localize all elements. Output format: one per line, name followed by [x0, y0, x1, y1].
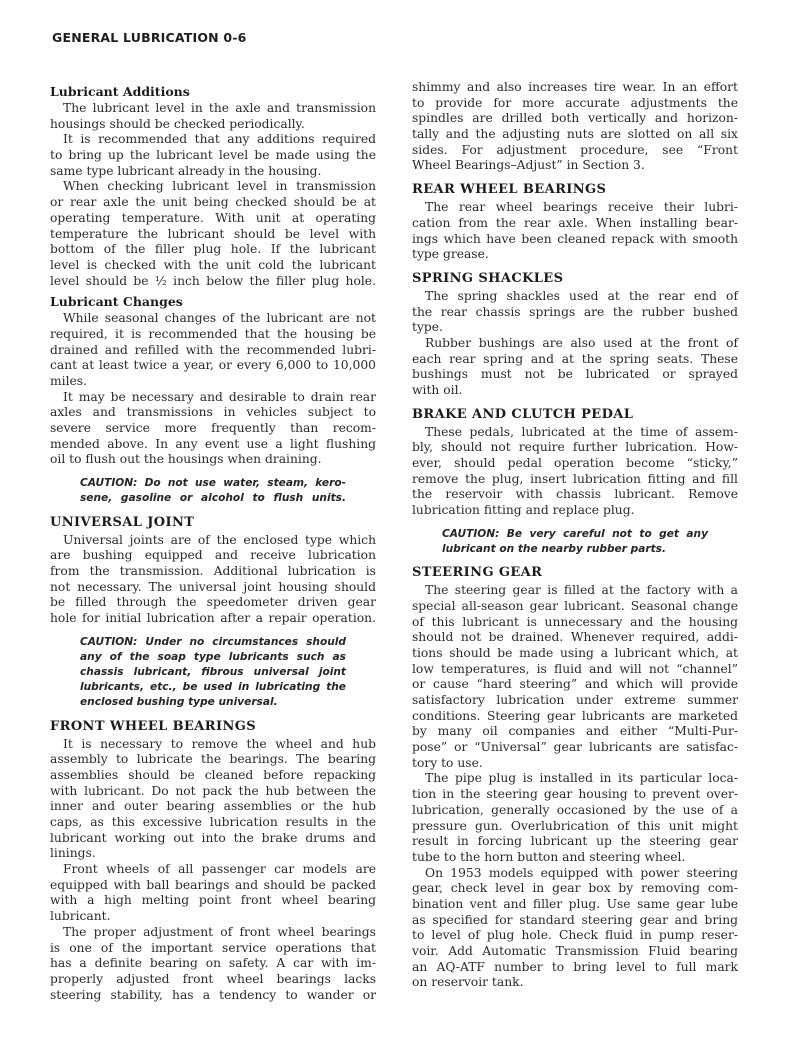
text-line: operating temperature. With unit at oper… — [50, 211, 376, 227]
text-line: to level of plug hole. Check fluid in pu… — [412, 928, 738, 944]
section-front-wheel-bearings: It is necessary to remove the wheel and … — [50, 737, 376, 1004]
caution-line: CAUTION: Under no circumstances should — [80, 635, 346, 650]
text-line: be filled through the speedometer driven… — [50, 595, 376, 611]
heading-steering-gear: STEERING GEAR — [412, 565, 738, 583]
text-line: conditions. Steering gear lubricants are… — [412, 709, 738, 725]
text-line: The spring shackles used at the rear end… — [412, 289, 738, 305]
text-line: hole for initial lubrication after a rep… — [50, 611, 376, 627]
heading-front-wheel-bearings: FRONT WHEEL BEARINGS — [50, 719, 376, 737]
text-line: from the transmission. Additional lubric… — [50, 564, 376, 580]
text-line: The proper adjustment of front wheel bea… — [50, 925, 376, 941]
text-line: equipped with ball bearings and should b… — [50, 878, 376, 894]
text-line: Front wheels of all passenger car models… — [50, 862, 376, 878]
text-line: inner and outer bearing assemblies or th… — [50, 799, 376, 815]
heading-lubricant-changes: Lubricant Changes — [50, 294, 376, 311]
left-column: Lubricant Additions The lubricant level … — [50, 84, 376, 1003]
text-line: level should be ½ inch below the filler … — [50, 274, 376, 290]
text-line: It is necessary to remove the wheel and … — [50, 737, 376, 753]
text-line: bination vent and filler plug. Use same … — [412, 897, 738, 913]
running-head: GENERAL LUBRICATION 0-6 — [52, 30, 247, 45]
text-line: gear, check level in gear box by removin… — [412, 881, 738, 897]
text-line: The pipe plug is installed in its partic… — [412, 771, 738, 787]
caution-line: CAUTION: Be very careful not to get any — [442, 527, 708, 542]
text-line: are bushing equipped and receive lubrica… — [50, 548, 376, 564]
caution-line: chassis lubricant, fibrous universal joi… — [80, 665, 346, 680]
text-line: has a definite bearing on safety. A car … — [50, 956, 376, 972]
text-line: steering stability, has a tendency to wa… — [50, 988, 376, 1004]
text-line: oil to flush out the housings when drain… — [50, 452, 376, 468]
text-line: mended above. In any event use a light f… — [50, 437, 376, 453]
heading-rear-wheel-bearings: REAR WHEEL BEARINGS — [412, 182, 738, 200]
text-line: should not be drained. Whenever required… — [412, 630, 738, 646]
section-lubricant-additions: The lubricant level in the axle and tran… — [50, 101, 376, 289]
text-line: It may be necessary and desirable to dra… — [50, 390, 376, 406]
text-line: The rear wheel bearings receive their lu… — [412, 200, 738, 216]
text-line: pose” or “Universal” gear lubricants are… — [412, 740, 738, 756]
text-line: bottom of the filler plug hole. If the l… — [50, 242, 376, 258]
text-line: with a high melting point front wheel be… — [50, 893, 376, 909]
caution-line: any of the soap type lubricants such as — [80, 650, 346, 665]
text-line: housings should be checked periodically. — [50, 117, 376, 133]
text-line: ever, should pedal operation become “sti… — [412, 456, 738, 472]
text-line: special all-season gear lubricant. Seaso… — [412, 599, 738, 615]
text-line: low temperatures, is fluid and will not … — [412, 662, 738, 678]
text-line: lubrication, generally occasioned by the… — [412, 803, 738, 819]
text-line: an AQ-ATF number to bring level to full … — [412, 960, 738, 976]
text-line: is one of the important service operatio… — [50, 941, 376, 957]
text-line: or cause “hard steering” and which will … — [412, 677, 738, 693]
text-line: While seasonal changes of the lubricant … — [50, 311, 376, 327]
text-line: ings which have been cleaned repack with… — [412, 232, 738, 248]
text-line: result in forcing lubricant up the steer… — [412, 834, 738, 850]
text-line: as specified for standard steering gear … — [412, 913, 738, 929]
text-line: required, it is recommended that the hou… — [50, 327, 376, 343]
text-line: The steering gear is filled at the facto… — [412, 583, 738, 599]
text-line: It is recommended that any additions req… — [50, 132, 376, 148]
text-line: Wheel Bearings–Adjust” in Section 3. — [412, 158, 738, 174]
text-line: level is checked with the unit cold the … — [50, 258, 376, 274]
text-line: axles and transmissions in vehicles subj… — [50, 405, 376, 421]
caution-note: CAUTION: Under no circumstances should a… — [80, 635, 346, 711]
text-line: sides. For adjustment procedure, see “Fr… — [412, 143, 738, 159]
text-line: to provide for more accurate adjustments… — [412, 96, 738, 112]
text-line: cant at least twice a year, or every 6,0… — [50, 358, 376, 374]
caution-line: lubricant on the nearby rubber parts. — [442, 542, 708, 557]
text-line: lubricant. — [50, 909, 376, 925]
text-line: assembly to lubricate the bearings. The … — [50, 752, 376, 768]
text-line: linings. — [50, 846, 376, 862]
text-line: the reservoir with chassis lubricant. Re… — [412, 487, 738, 503]
right-column: shimmy and also increases tire wear. In … — [412, 80, 738, 991]
text-line: the rear chassis springs are the rubber … — [412, 305, 738, 321]
text-line: lubricant working out into the brake dru… — [50, 831, 376, 847]
heading-brake-clutch-pedal: BRAKE AND CLUTCH PEDAL — [412, 407, 738, 425]
section-front-wheel-bearings-continued: shimmy and also increases tire wear. In … — [412, 80, 738, 174]
text-line: pressure gun. Overlubrication of this un… — [412, 819, 738, 835]
text-line: cation from the rear axle. When installi… — [412, 216, 738, 232]
heading-spring-shackles: SPRING SHACKLES — [412, 271, 738, 289]
section-universal-joint: Universal joints are of the enclosed typ… — [50, 533, 376, 711]
text-line: same type lubricant already in the housi… — [50, 164, 376, 180]
caution-line: CAUTION: Do not use water, steam, kero- — [80, 476, 346, 491]
text-line: caps, as this excessive lubrication resu… — [50, 815, 376, 831]
heading-universal-joint: UNIVERSAL JOINT — [50, 515, 376, 533]
text-line: voir. Add Automatic Transmission Fluid b… — [412, 944, 738, 960]
text-line: lubrication fitting and replace plug. — [412, 503, 738, 519]
text-line: not necessary. The universal joint housi… — [50, 580, 376, 596]
text-line: remove the plug, insert lubrication fitt… — [412, 472, 738, 488]
caution-note: CAUTION: Do not use water, steam, kero- … — [80, 476, 346, 506]
text-line: spindles are drilled both vertically and… — [412, 111, 738, 127]
text-line: On 1953 models equipped with power steer… — [412, 866, 738, 882]
text-line: to bring up the lubricant level be made … — [50, 148, 376, 164]
text-line: tion in the steering gear housing to pre… — [412, 787, 738, 803]
text-line: type. — [412, 320, 738, 336]
text-line: or rear axle the unit being checked shou… — [50, 195, 376, 211]
text-line: type grease. — [412, 247, 738, 263]
caution-line: sene, gasoline or alcohol to flush units… — [80, 491, 346, 506]
section-lubricant-changes: While seasonal changes of the lubricant … — [50, 311, 376, 506]
text-line: Universal joints are of the enclosed typ… — [50, 533, 376, 549]
text-line: by many oil companies and either “Multi-… — [412, 724, 738, 740]
text-line: on reservoir tank. — [412, 975, 738, 991]
section-spring-shackles: The spring shackles used at the rear end… — [412, 289, 738, 399]
section-rear-wheel-bearings: The rear wheel bearings receive their lu… — [412, 200, 738, 263]
section-brake-clutch-pedal: These pedals, lubricated at the time of … — [412, 425, 738, 558]
text-line: each rear spring and at the spring seats… — [412, 352, 738, 368]
text-line: bly, should not require further lubricat… — [412, 440, 738, 456]
text-line: drained and refilled with the recommende… — [50, 343, 376, 359]
text-line: temperature the lubricant should be leve… — [50, 227, 376, 243]
text-line: of this lubricant is unnecessary and the… — [412, 615, 738, 631]
text-line: tory to use. — [412, 756, 738, 772]
text-line: with oil. — [412, 383, 738, 399]
text-line: These pedals, lubricated at the time of … — [412, 425, 738, 441]
text-line: shimmy and also increases tire wear. In … — [412, 80, 738, 96]
text-line: assemblies should be cleaned before repa… — [50, 768, 376, 784]
text-line: miles. — [50, 374, 376, 390]
section-steering-gear: The steering gear is filled at the facto… — [412, 583, 738, 991]
heading-lubricant-additions: Lubricant Additions — [50, 84, 376, 101]
text-line: with lubricant. Do not pack the hub betw… — [50, 784, 376, 800]
text-line: properly adjusted front wheel bearings l… — [50, 972, 376, 988]
text-line: The lubricant level in the axle and tran… — [50, 101, 376, 117]
caution-line: lubricants, etc., be used in lubricating… — [80, 680, 346, 695]
text-line: When checking lubricant level in transmi… — [50, 179, 376, 195]
text-line: tally and the adjusting nuts are slotted… — [412, 127, 738, 143]
caution-note: CAUTION: Be very careful not to get any … — [442, 527, 708, 557]
text-line: satisfactory lubrication under extreme s… — [412, 693, 738, 709]
caution-line: enclosed bushing type universal. — [80, 695, 346, 710]
text-line: Rubber bushings are also used at the fro… — [412, 336, 738, 352]
text-line: bushings must not be lubricated or spray… — [412, 367, 738, 383]
text-line: severe service more frequently than reco… — [50, 421, 376, 437]
text-line: tube to the horn button and steering whe… — [412, 850, 738, 866]
text-line: tions should be made using a lubricant w… — [412, 646, 738, 662]
